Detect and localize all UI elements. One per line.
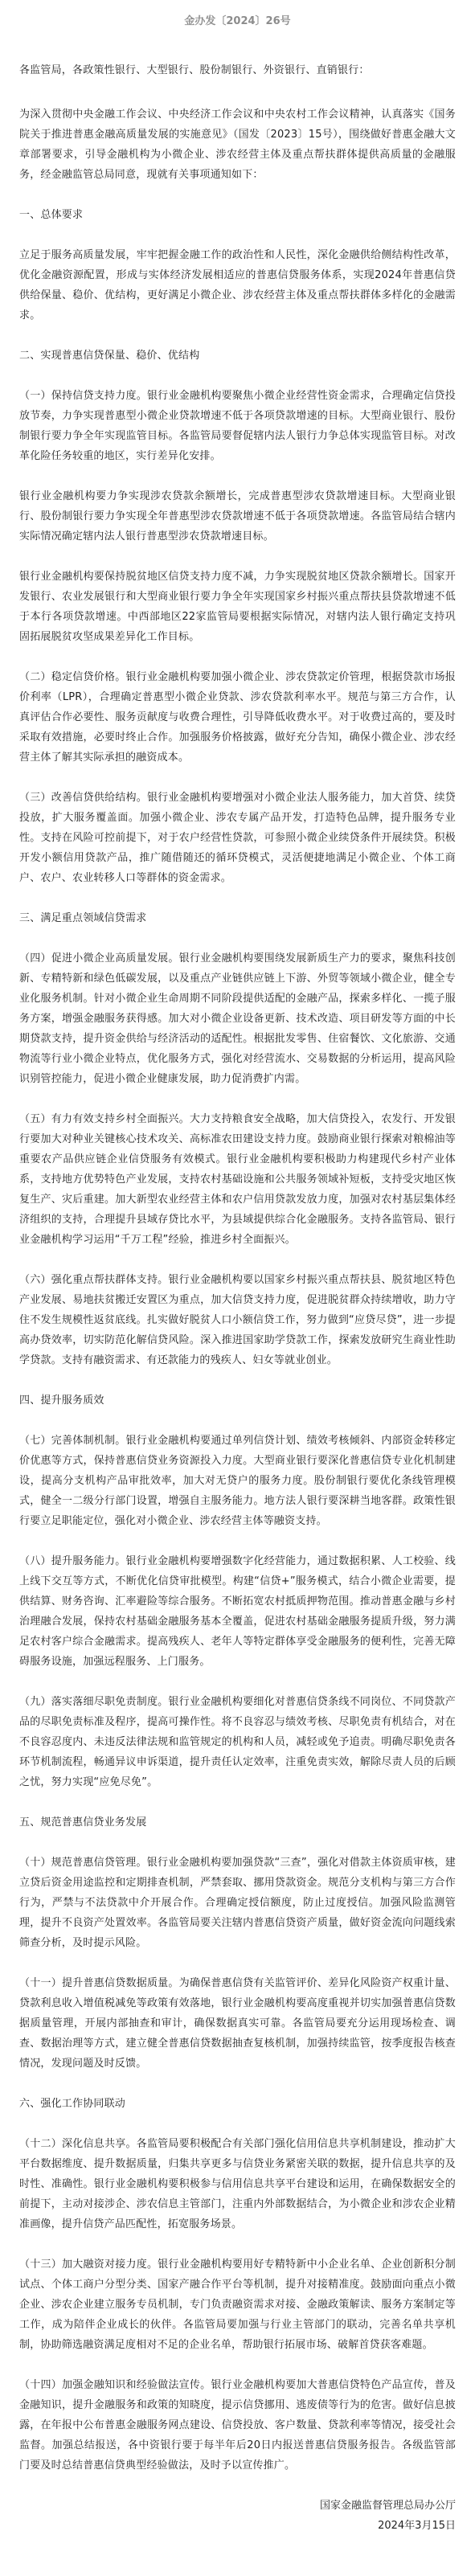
paragraph: 银行业金融机构要保持脱贫地区信贷支持力度不减，力争实现脱贫地区贷款余额增长。国家… xyxy=(19,567,456,647)
document-body: 金办发〔2024〕26号 各监管局，各政策性银行、大型银行、股份制银行、外资银行… xyxy=(0,0,475,2536)
paragraph: 银行业金融机构要力争实现涉农贷款余额增长，完成普惠型涉农贷款增速目标。大型商业银… xyxy=(19,486,456,547)
paragraph: （四）促进小微企业高质量发展。银行业金融机构要围绕发展新质生产力的要求，聚焦科技… xyxy=(19,948,456,1089)
section-general-requirements: 一、总体要求 立足于服务高质量发展，牢牢把握金融工作的政治性和人民性，深化金融供… xyxy=(19,205,456,326)
paragraph: （十一）提升普惠信贷数据质量。为确保普惠信贷有关监管评价、差异化风险资产权重计量… xyxy=(19,1973,456,2074)
paragraph: 立足于服务高质量发展，牢牢把握金融工作的政治性和人民性，深化金融供给侧结构性改革… xyxy=(19,245,456,326)
section-regulate-business: 五、规范普惠信贷业务发展 （十）规范普惠信贷管理。银行业金融机构要加强贷款“三查… xyxy=(19,1812,456,2074)
paragraph: （八）提升服务能力。银行业金融机构要增强数字化经营能力，通过数据积累、人工校验、… xyxy=(19,1551,456,1672)
paragraph: （十二）深化信息共享。各监管局要积极配合有关部门强化信用信息共享机制建设，推动扩… xyxy=(19,2134,456,2234)
section-heading: 四、提升服务质效 xyxy=(19,1390,456,1411)
section-coordination: 六、强化工作协同联动 （十二）深化信息共享。各监管局要积极配合有关部门强化信用信… xyxy=(19,2094,456,2476)
section-heading: 三、满足重点领域信贷需求 xyxy=(19,908,456,928)
section-heading: 二、实现普惠信贷保量、稳价、优结构 xyxy=(19,346,456,366)
signature-block: 国家金融监督管理总局办公厅 2024年3月15日 xyxy=(19,2496,456,2536)
section-heading: 一、总体要求 xyxy=(19,205,456,225)
section-service-quality: 四、提升服务质效 （七）完善体制机制。银行业金融机构要通过单列信贷计划、绩效考核… xyxy=(19,1390,456,1792)
paragraph: （七）完善体制机制。银行业金融机构要通过单列信贷计划、绩效考核倾斜、内部资金转移… xyxy=(19,1431,456,1531)
section-credit-volume-price-structure: 二、实现普惠信贷保量、稳价、优结构 （一）保持信贷支持力度。银行业金融机构要聚焦… xyxy=(19,346,456,888)
paragraph: （十三）加大融资对接力度。银行业金融机构要用好专精特新中小企业名单、企业创新积分… xyxy=(19,2255,456,2355)
issuer: 国家金融监督管理总局办公厅 xyxy=(19,2496,456,2516)
section-heading: 六、强化工作协同联动 xyxy=(19,2094,456,2114)
paragraph: （六）强化重点帮扶群体支持。银行业金融机构要以国家乡村振兴重点帮扶县、脱贫地区特… xyxy=(19,1270,456,1370)
paragraph: （十）规范普惠信贷管理。银行业金融机构要加强贷款“三查”，强化对借款主体资质审核… xyxy=(19,1853,456,1953)
document-number: 金办发〔2024〕26号 xyxy=(19,0,456,30)
paragraph: （五）有力有效支持乡村全面振兴。大力支持粮食安全战略，加大信贷投入，农发行、开发… xyxy=(19,1109,456,1250)
section-heading: 五、规范普惠信贷业务发展 xyxy=(19,1812,456,1833)
salutation: 各监管局，各政策性银行、大型银行、股份制银行、外资银行、直销银行： xyxy=(19,60,456,80)
paragraph: （三）改善信贷供给结构。银行业金融机构要增强对小微企业法人服务能力，加大首贷、续… xyxy=(19,788,456,888)
paragraph: （九）落实落细尽职免责制度。银行业金融机构要细化对普惠信贷条线不同岗位、不同贷款… xyxy=(19,1692,456,1792)
section-key-areas: 三、满足重点领域信贷需求 （四）促进小微企业高质量发展。银行业金融机构要围绕发展… xyxy=(19,908,456,1370)
issue-date: 2024年3月15日 xyxy=(19,2516,456,2536)
paragraph: （十四）加强金融知识和经验做法宣传。银行业金融机构要加大普惠信贷特色产品宣传，普… xyxy=(19,2375,456,2476)
paragraph: （二）稳定信贷价格。银行业金融机构要加强小微企业、涉农贷款定价管理，根据贷款市场… xyxy=(19,667,456,768)
intro-paragraph: 为深入贯彻中央金融工作会议、中央经济工作会议和中央农村工作会议精神，认真落实《国… xyxy=(19,104,456,185)
paragraph: （一）保持信贷支持力度。银行业金融机构要聚焦小微企业经营性资金需求，合理确定信贷… xyxy=(19,386,456,466)
